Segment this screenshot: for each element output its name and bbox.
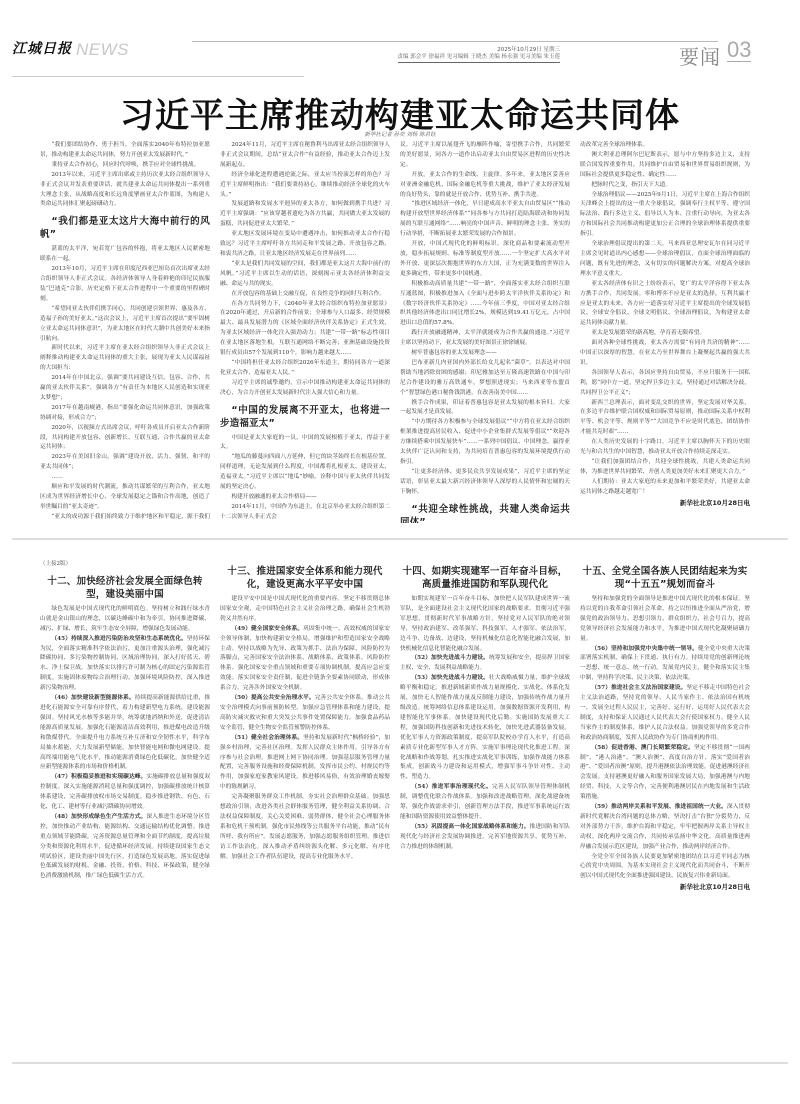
paragraph: 新西兰总理表示，面对变乱交织的世界，坚定发展对华关系，在多边平台维护联合国权威和… xyxy=(580,399,750,439)
paragraph-lead: （45）持续深入推进污染防治攻坚和生态系统优化。 xyxy=(51,636,187,642)
paragraph: （54）推进军事治理现代化。完善人民军队领导管理体制机制，调整优化联合作战体系。… xyxy=(400,783,570,823)
paragraph: 在人类历史发展的十字路口，习近平主席以胸怀天下的历史眼光与和合共生的中国智慧，推… xyxy=(580,438,750,458)
paragraph: 构建开放融通的亚太合作格局—— xyxy=(220,493,390,503)
paragraph-lead: （46）加快建设新型能源体系。 xyxy=(51,695,134,701)
subheading: 十四、如期实现建军一百年奋斗目标，高质量推进国防和军队现代化 xyxy=(400,565,570,591)
paragraph: 湛蓝的太平洋，宛若宽广包容的怀抱，将亚太地区人民紧密地联系在一起。 xyxy=(40,245,210,265)
paragraph: （47）积极稳妥推进和实现碳达峰。实施碳排放总量和强度双控制度。深入实施能源消耗… xyxy=(40,773,210,813)
paragraph-body: 深入贯彻新时代党解决台湾问题的总体方略，坚决打击“台独”分裂势力，反对外部势力干… xyxy=(580,804,750,850)
staff-line: 责编 郭会平 徐福祥 见习编辑 王晓杰 美编 杨永强 见习美编 朱玉莲 xyxy=(398,54,561,63)
paragraph: 2013年10月，习近平主席在印度尼西亚巴厘岛首次出席亚太经合组织领导人非正式会… xyxy=(40,265,210,305)
section-divider xyxy=(12,538,788,540)
byline: 新华社记者 孙奕 刘杨 陈君钰 xyxy=(0,130,800,138)
paragraph: （53）加快先进战斗力建设。壮大战略威慑力量，维护全球战略平衡和稳定。推进新域新… xyxy=(400,674,570,783)
paragraph-lead: （59）推动两岸关系和平发展、推进祖国统一大业。 xyxy=(591,804,727,810)
paragraph-body: 巩固集中统一、高效权威的国家安全领导体制，加快构建新安全格局，增强维护和塑造国家… xyxy=(220,626,390,691)
paragraph-lead: （48）加快形成绿色生产生活方式。 xyxy=(51,814,146,820)
paragraph: 秉持亚太合作初心，回应时代呼唤，携手应对全球性挑战。 xyxy=(40,161,210,171)
paragraph: 2023年在美国旧金山，强调“建设开放、活力、强韧、和平的亚太共同体”； xyxy=(40,453,210,473)
paragraph: 2014年11月，中国作为东道主，在北京举办亚太经合组织第二十二次领导人非正式会 xyxy=(220,503,390,523)
paragraph-body: 坚定不移贯彻“一国两制”、“港人治港”、“澳人治澳”、高度自治方针，落实“爱国者… xyxy=(580,745,750,801)
paragraph: 亚太是发展繁荣的新高地，孕育着无限希望。 xyxy=(580,329,750,339)
paragraph: 2014年在中国北京，强调“要共同建设互信、包容、合作、共赢的亚太伙伴关系”，强… xyxy=(40,374,210,404)
paragraph: “地瓜的藤蔓向四面八方延伸，但它的块茎始终长在根基位置。同样道理，无论发展到什么… xyxy=(220,453,390,493)
paragraph: 把脉时代之变，指引天下大道。 xyxy=(580,181,750,191)
paragraph: （48）加快形成绿色生产生活方式。深入推进生态环境分区管控，加快推动产业结构、能… xyxy=(40,813,210,882)
paragraph: “亚太的成功源于我们始终致力于维护地区和平稳定，源于我们始终坚持真正的多边主义和… xyxy=(40,513,210,523)
bottom-article-column: 十三、推进国家安全体系和能力现代化，建设更高水平平安中国建设平安中国是中国式现代… xyxy=(220,560,390,1040)
paragraph: （58）促进香港、澳门长期繁荣稳定。坚定不移贯彻“一国两制”、“港人治港”、“澳… xyxy=(580,744,750,803)
paragraph: 2013年以来，习近平主席出席或主持历次亚太经合组织领导人非正式会议并发表重要讲… xyxy=(40,171,210,211)
paragraph: （46）加快建设新型能源体系。持续提高新能源供给比重，推进化石能源安全可靠有序替… xyxy=(40,694,210,773)
subheading: 十三、推进国家安全体系和能力现代化，建设更高水平平安中国 xyxy=(220,565,390,591)
paragraph: “让我们加强团结合作，共迎全球性挑战，共建人类命运共同体，为推进世界共同繁荣、开… xyxy=(580,458,750,478)
paragraph: 顺应和平发展的时代潮流，推动共谋繁荣的互利合作，亚太地区成为世界经济增长中心、全… xyxy=(40,483,210,513)
paragraph: “中国将担任亚太经合组织2026年东道主，期待同各方一道深化亚太合作，造福亚太人… xyxy=(220,359,390,379)
bottom-article-column: （上接2版）十二、加快经济社会发展全面绿色转型，建设美丽中国绿色发展是中国式现代… xyxy=(40,560,210,1040)
top-article-column: 2024年11月，习近平主席在秘鲁利马出席亚太经合组织领导人非正式会议期间，总结… xyxy=(220,141,390,523)
paragraph-body: 壮大战略威慑力量，维护全球战略平衡和稳定。推进新域新质作战力量规模化、实战化、体… xyxy=(400,675,570,780)
paragraph: 面对各种全球性挑战，亚太各方需要“有同舟共济的精神”……中国正以深厚的智慧，在亚… xyxy=(580,339,750,369)
paragraph: （59）推动两岸关系和平发展、推进祖国统一大业。深入贯彻新时代党解决台湾问题的总… xyxy=(580,803,750,853)
paragraph: 坚持和加强党的全面领导是推进中国式现代化的根本保证。坚持以党的自我革命引领社会革… xyxy=(580,595,750,645)
date-line: 2025年10月29日 星期三 xyxy=(398,47,561,54)
paragraph: 巴布亚新几内亚国内外部长给女儿起名“菌草”，以表达对中国帮助当地消除贫困的感谢；… xyxy=(400,359,570,399)
paragraph: 绿色发展是中国式现代化的鲜明底色。坚持树立和践行绿水青山就是金山银山的理念，以碳… xyxy=(40,605,210,635)
paragraph: （55）巩固提高一体化国家战略体系和能力。推进国防和军队现代化与经济社会发展协调… xyxy=(400,823,570,853)
top-article-column: “我们要团结协作、勇于担当，全面落实2040年布特拉加亚愿景，推动构建亚太命运共… xyxy=(40,141,210,523)
paragraph: 发展道路和发展水平迥异的亚太各方，如何做到携手共进？习近平主席强调：“应该穿越者… xyxy=(220,200,390,230)
paragraph: 积极推动高质量共建“一带一路”，全面落实亚太经合组织互联互通蓝图，积极推进加入《… xyxy=(400,280,570,330)
paragraph: 人们期待：亚太大家庭的未来更加和平繁荣美好，共建亚太命运共同体之路越走越宽广！ xyxy=(580,478,750,498)
paragraph-body: 坚持环保为民，全面落实精准科学依法治污，更加注重源头治理，强化减污降碳协同、多污… xyxy=(40,636,210,692)
paragraph: 树牢普惠包容的亚太发展理念—— xyxy=(400,349,570,359)
paragraph: 在各方共同努力下，《2040年亚太经合组织布特拉加亚愿景》在2020年通过，开启… xyxy=(220,300,390,359)
paragraph: 亚太地区发展环境在变局中遭遇冲击，如何推动亚太合作行稳致远？习近平主席呼吁各方共… xyxy=(220,230,390,260)
paragraph: （50）提高公共安全治理水平。完善公共安全体系，推动公共安全治理模式向事前预防转… xyxy=(220,694,390,734)
paragraph-lead: （55）巩固提高一体化国家战略体系和能力。 xyxy=(411,824,529,830)
top-article-column: 动改革完善全球治理体系。澳大利亚总理阿尔巴尼斯表示，愿与中方坚持多边主义，支持联… xyxy=(580,141,750,523)
continued-note: （上接2版） xyxy=(40,560,210,570)
paragraph: 习近平主席的诚挚邀约，宣示中国推动构建亚太命运共同体的决心，为合力开创亚太发展新… xyxy=(220,379,390,399)
paragraph: 全球治理倡议——2025年9月1日，习近平主席在上海合作组织天津峰会上提出的这一… xyxy=(580,191,750,241)
bottom-article-column: 十五、全党全国各族人民团结起来为实现“十五五”规划而奋斗坚持和加强党的全面领导是… xyxy=(580,560,750,1040)
paragraph-lead: （51）健全社会治理体系。 xyxy=(231,735,303,741)
paragraph: 在开放包容的基础上交融互促，在良性竞争的同时互利合作。 xyxy=(220,290,390,300)
paragraph: 完善凝聚服务群众工作机制，夯实社会治理群众基础。加强思想政治引领，改进各类社会群… xyxy=(220,793,390,862)
paragraph: 开放，中国式现代化的鲜明标识。深化商品和要素流动型开放，稳步拓展规则、标准等制度… xyxy=(400,240,570,280)
paragraph: 全球治理倡议提出的第二天，马来西亚总理安瓦尔在同习近平主席会见时道出内心感想——… xyxy=(580,240,750,280)
paragraph: 2024年11月，习近平主席在秘鲁利马出席亚太经合组织领导人非正式会议期间，总结… xyxy=(220,141,390,171)
paragraph: 如期实现建军一百年奋斗目标，加快把人民军队建成世界一流军队，是全面建设社会主义现… xyxy=(400,595,570,654)
page-meta: 2025年10月29日 星期三 责编 郭会平 徐福祥 见习编辑 王晓杰 美编 杨… xyxy=(398,47,561,63)
paragraph-lead: （54）推进军事治理现代化。 xyxy=(411,784,492,790)
paragraph-body: 坚定不移走中国特色社会主义法治道路，坚持党的领导、人民当家作主、依法治国有机统一… xyxy=(580,685,750,741)
subheading: “我们都是亚太这片大海中前行的风帆” xyxy=(40,215,210,241)
paragraph: （45）持续深入推进污染防治攻坚和生态系统优化。坚持环保为民，全面落实精准科学依… xyxy=(40,635,210,694)
paragraph: （57）推进社会主义法治国家建设。坚定不移走中国特色社会主义法治道路，坚持党的领… xyxy=(580,684,750,743)
paragraph: 议。习近平主席以展翅齐飞的雁阵作喻，寄望携手合作，共同繁荣的美好愿景，同各方一道… xyxy=(400,141,570,171)
masthead: 江城日报 NEWS xyxy=(12,40,360,58)
paragraph: “推进区域经济一体化，早日建成高水平亚太自由贸易区”“推动构建开放型世界经济体系… xyxy=(400,200,570,240)
paragraph: 建设平安中国是中国式现代化的重要内容。坚定不移贯彻总体国家安全观，走中国特色社会… xyxy=(220,595,390,625)
subheading: “共迎全球性挑战，共建人类命运共同体” xyxy=(400,503,570,523)
paragraph-lead: （57）推进社会主义法治国家建设。 xyxy=(591,685,686,691)
page-number: 03 xyxy=(727,39,751,62)
paragraph: “中方期待各方积极参与全球发展倡议”“中方将在亚太经合组织框架推进提高居民收入、… xyxy=(400,418,570,468)
paragraph: 新时代以来，习近平主席在亚太经合组织领导人非正式会议上阐释推动构建亚太命运共同体… xyxy=(40,344,210,374)
paragraph: “让更多经济体、更多民众共享发展成果”，习近平主席的坚定话语，彰显亚太最大新兴经… xyxy=(400,468,570,498)
paragraph: （49）健全国家安全体系。巩固集中统一、高效权威的国家安全领导体制，加快构建新安… xyxy=(220,625,390,694)
paragraph: （51）健全社会治理体系。坚持和发展新时代“枫桥经验”，加强乡村治理，完善社区治… xyxy=(220,734,390,793)
paragraph: 澳大利亚总理阿尔巴尼斯表示，愿与中方坚持多边主义，支持联合国发挥重要作用，共同维… xyxy=(580,151,750,181)
header-under-rule xyxy=(12,76,304,77)
paragraph-lead: （50）提高公共安全治理水平。 xyxy=(231,695,314,701)
bottom-article-column: 十四、如期实现建军一百年奋斗目标，高质量推进国防和军队现代化如期实现建军一百年奋… xyxy=(400,560,570,1040)
paragraph: 亚太各经济体有识之士纷纷表示，宽广的太平洋容得下亚太各方携手合作、共同发展。零和… xyxy=(580,280,750,330)
paragraph-lead: （52）加快先进战斗力建设。 xyxy=(411,655,489,661)
paragraph: “亚太是我们共同发展的空间，我们都是亚太这片大海中前行的风帆。”习近平主席以生动… xyxy=(220,260,390,290)
subheading: “中国的发展离不开亚太，也将进一步造福亚太” xyxy=(220,404,390,430)
paragraph: 动改革完善全球治理体系。 xyxy=(580,141,750,151)
dateline: 新华社北京10月28日电 xyxy=(580,883,750,893)
paragraph: 经济全球化进程遭遇逆流之际，亚太应当扮演怎样的角色？习近平主席鲜明指出：“我们要… xyxy=(220,171,390,201)
paragraph-lead: （56）坚持和加强党中央集中统一领导。 xyxy=(591,646,698,652)
paragraph-body: 深入推进生态环境分区管控，加快推动产业结构、能源结构、交通运输结构优化调整。推进… xyxy=(40,814,210,879)
paragraph: 携手合作成果，印证着普惠包容是亚太发展的根本旨归。大家一起发展才是真发展。 xyxy=(400,399,570,419)
top-article-column: 议。习近平主席以展翅齐飞的雁阵作喻，寄望携手合作，共同繁荣的美好愿景，同各方一道… xyxy=(400,141,570,523)
paragraph-lead: （47）积极稳妥推进和实现碳达峰。 xyxy=(51,774,146,780)
paragraph: 各国领导人表示，各国应坚持自由贸易，不应只服务于一国私利，愿“同中方一道，坚定捍… xyxy=(580,369,750,399)
paragraph: 全党全军全国各族人民要更加紧密地团结在以习近平同志为核心的党中央周围，为基本实现… xyxy=(580,853,750,883)
subheading: 十二、加快经济社会发展全面绿色转型，建设美丽中国 xyxy=(40,575,210,601)
paragraph: 中国是亚太大家庭的一员，中国的发展根植于亚太，得益于亚太。 xyxy=(220,434,390,454)
paragraph-body: 坚持和发展新时代“枫桥经验”，加强乡村治理，完善社区治理。发挥人民群众主体作用，… xyxy=(220,735,390,791)
footer-rule xyxy=(12,1062,788,1064)
paper-name: 江城日报 xyxy=(12,38,72,58)
paragraph-lead: （53）加快先进战斗力建设。 xyxy=(411,675,489,681)
dateline: 新华社北京10月28日电 xyxy=(580,499,750,509)
paragraph: （56）坚持和加强党中央集中统一领导。健全党中央重大决策部署落实机制，确保上下贯… xyxy=(580,645,750,685)
subheading: 十五、全党全国各族人民团结起来为实现“十五五”规划而奋斗 xyxy=(580,565,750,591)
header-top-rule xyxy=(192,41,718,42)
paragraph: 践行开放融通精神，太平洋就能成为合作共赢的通途。”习近平主席以坚持动下，亚太发展… xyxy=(400,329,570,349)
paper-tag: NEWS xyxy=(76,42,129,58)
paragraph: 2020年，以视频方式出席会议，呼吁各成员开启亚太合作新阶段，共同构建开放包容、… xyxy=(40,424,210,454)
paragraph-body: 持续提高新能源供给比重，推进化石能源安全可靠有序替代，着力构建新型电力系统，建设… xyxy=(40,695,210,770)
section-name: 要闻 xyxy=(679,41,721,70)
paragraph: …… xyxy=(40,473,210,483)
paragraph: 2017年在越南岘港，指出“要强化命运共同体意识，加强政策协调对接，形成合力”； xyxy=(40,404,210,424)
paragraph-lead: （58）促进香港、澳门长期繁荣稳定。 xyxy=(591,745,694,751)
paragraph: “希望同亚太伙伴们携手同心，共同创建引领世界、惠及各方、造福子孙的美好亚太。”这… xyxy=(40,305,210,345)
paragraph: （52）加快先进战斗力建设。统筹发展和安全，提高捍卫国家主权、安全、发展利益战略… xyxy=(400,654,570,674)
paragraph-lead: （49）健全国家安全体系。 xyxy=(231,626,303,632)
paragraph: “我们要团结协作、勇于担当，全面落实2040年布特拉加亚愿景，推动构建亚太命运共… xyxy=(40,141,210,161)
paragraph: 开放，亚太合作的生命线、主旋律。多年来，亚太地区妥善应对亚洲金融危机、国际金融危… xyxy=(400,171,570,201)
